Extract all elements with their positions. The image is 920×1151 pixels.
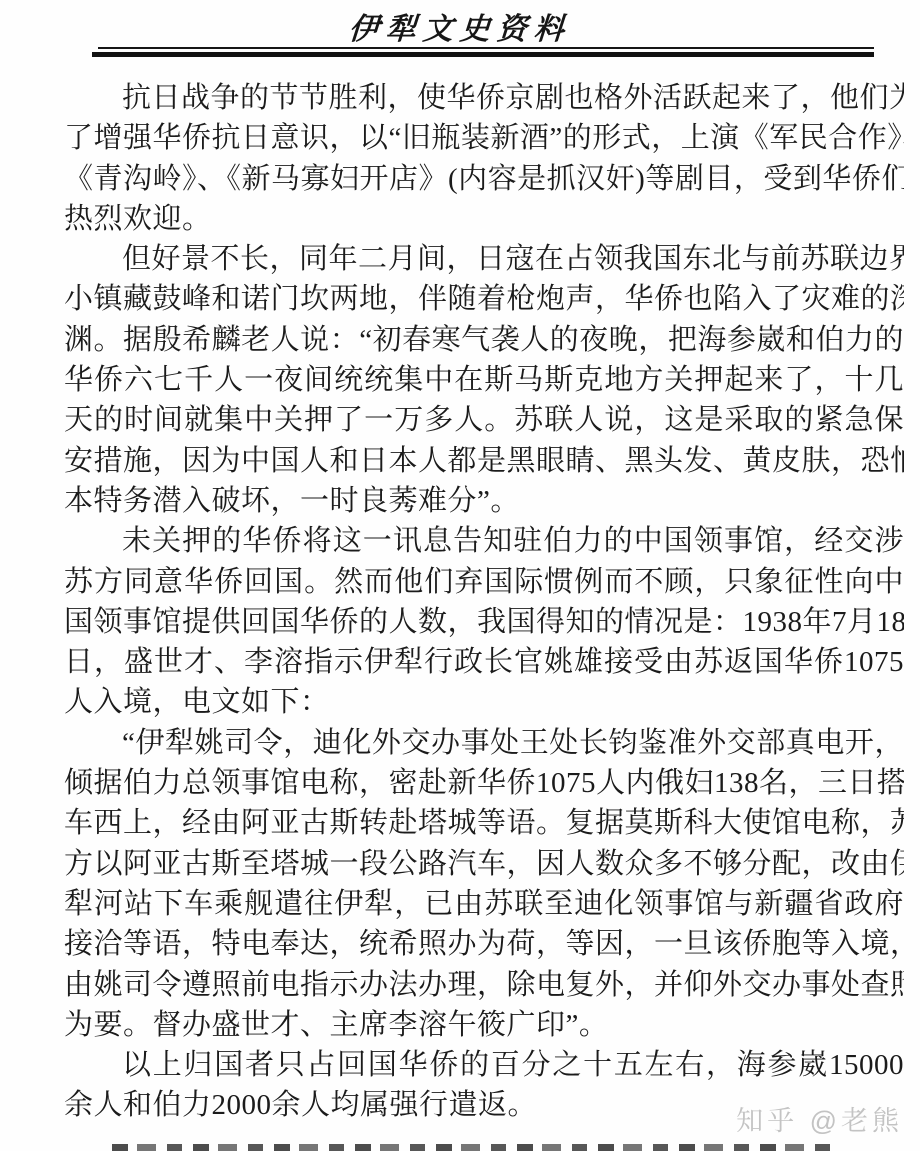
text-line: 本特务潜入破坏，一时良莠难分”。 [64,481,904,521]
page-title: 伊犁文史资料 [347,4,572,48]
next-line-cutoff [112,1144,838,1151]
scanned-document-page: 伊犁文史资料 抗日战争的节节胜利，使华侨京剧也格外活跃起来了，他们为 了增强华侨… [0,0,920,1151]
text-line: 余人和伯力2000余人均属强行遣返。 [64,1085,904,1125]
header-divider-thin-line [98,47,874,49]
text-line: 未关押的华侨将这一讯息告知驻伯力的中国领事馆，经交涉 [64,521,904,561]
text-line: 苏方同意华侨回国。然而他们弃国际惯例而不顾，只象征性向中 [64,562,904,602]
text-line: 犁河站下车乘舰遣往伊犁，已由苏联至迪化领事馆与新疆省政府 [64,884,904,924]
text-line: 以上归国者只占回国华侨的百分之十五左右，海参崴15000 [64,1045,904,1085]
text-line: 抗日战争的节节胜利，使华侨京剧也格外活跃起来了，他们为 [64,78,904,118]
text-line: 小镇藏鼓峰和诺门坎两地，伴随着枪炮声，华侨也陷入了灾难的深 [64,279,904,319]
text-line: 倾据伯力总领事馆电称，密赴新华侨1075人内俄妇138名，三日搭 [64,763,904,803]
document-body: 抗日战争的节节胜利，使华侨京剧也格外活跃起来了，他们为 了增强华侨抗日意识，以“… [0,78,920,1126]
text-line: 国领事馆提供回国华侨的人数，我国得知的情况是：1938年7月18 [64,602,904,642]
header-divider [92,47,874,57]
text-line: 《青沟岭》、《新马寡妇开店》(内容是抓汉奸)等剧目，受到华侨们的 [64,159,904,199]
text-line: 日，盛世才、李溶指示伊犁行政长官姚雄接受由苏返国华侨1075 [64,642,904,682]
text-line: “伊犁姚司令，迪化外交办事处王处长钧鉴准外交部真电开， [64,723,904,763]
text-line: 了增强华侨抗日意识，以“旧瓶装新酒”的形式，上演《军民合作》、 [64,118,904,158]
text-line: 安措施，因为中国人和日本人都是黑眼睛、黑头发、黄皮肤，恐怕日 [64,441,904,481]
text-line: 方以阿亚古斯至塔城一段公路汽车，因人数众多不够分配，改由伊 [64,844,904,884]
text-line: 接洽等语，特电奉达，统希照办为荷，等因，一旦该侨胞等入境，应 [64,924,904,964]
text-line: 华侨六七千人一夜间统统集中在斯马斯克地方关押起来了，十几 [64,360,904,400]
page-header: 伊犁文史资料 [0,4,920,48]
text-line: 天的时间就集中关押了一万多人。苏联人说，这是采取的紧急保 [64,400,904,440]
text-line: 热烈欢迎。 [64,199,904,239]
text-line: 人入境，电文如下： [64,682,904,722]
text-line: 渊。据殷希麟老人说：“初春寒气袭人的夜晚，把海参崴和伯力的 [64,320,904,360]
text-line: 为要。督办盛世才、主席李溶午筱广印”。 [64,1005,904,1045]
text-line: 车西上，经由阿亚古斯转赴塔城等语。复据莫斯科大使馆电称，苏 [64,803,904,843]
text-line: 但好景不长，同年二月间，日寇在占领我国东北与前苏联边界 [64,239,904,279]
text-line: 由姚司令遵照前电指示办法办理，除电复外，并仰外交办事处查照 [64,965,904,1005]
header-divider-thick-line [92,52,874,57]
